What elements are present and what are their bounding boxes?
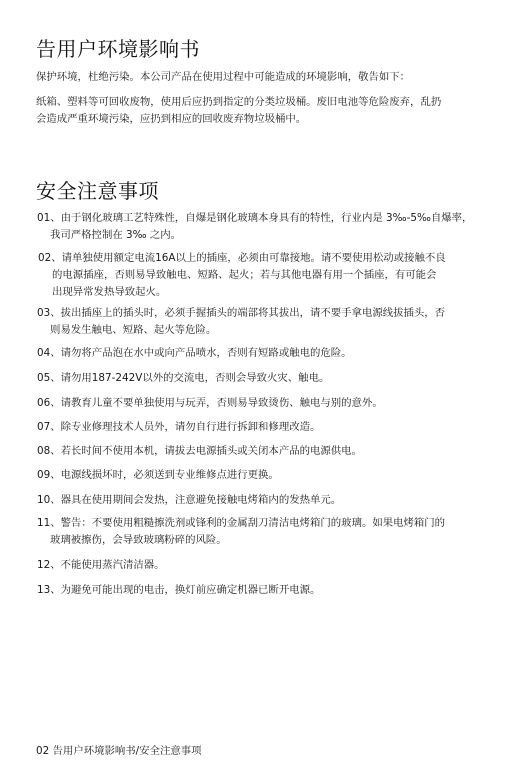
item-text: 警告：不要使用粗糙擦洗剂或锋利的金属刮刀清洁电烤箱门的玻璃。如果电烤箱门的 [61,517,445,529]
item-text: 由于钢化玻璃工艺特殊性，自爆是钢化玻璃本身具有的特性，行业内是 3‰-5‰自爆率… [61,212,473,224]
safety-item-06: 06、请教育儿童不要单独使用与玩弄，否则易导致烫伤、触电与别的意外。 [37,395,383,412]
env-section-title: 告用户环境影响书 [36,33,200,62]
item-number: 07、 [37,421,61,433]
item-number: 10、 [37,494,61,506]
item-text: 则易发生触电、短路、起火等危险。 [37,322,445,339]
item-number: 11、 [37,517,61,529]
manual-page: 告用户环境影响书 保护环境，杜绝污染。本公司产品在使用过程中可能造成的环境影响，… [0,0,514,783]
item-number: 03、 [37,307,61,319]
item-text: 为避免可能出现的电击，换灯前应确定机器已断开电源。 [61,584,321,596]
item-text: 拔出插座上的插头时，必须手握插头的端部将其拔出，请不要手拿电源线拔插头，否 [61,307,445,319]
item-number: 08、 [37,445,61,457]
item-text: 请勿用187-242V以外的交流电，否则会导致火灾、触电。 [61,372,330,384]
footer-text: 告用户环境影响书/安全注意事项 [53,745,202,757]
safety-item-02: 02、请单独使用额定电流16A以上的插座，必须由可靠接地。请不要使用松动或接触不… [38,250,446,301]
item-number: 09、 [37,469,61,481]
safety-item-04: 04、请勿将产品泡在水中或向产品喷水，否则有短路或触电的危险。 [37,345,352,362]
item-number: 01、 [37,212,61,224]
env-body: 纸箱、塑料等可回收废物，使用后应扔到指定的分类垃圾桶。废旧电池等危险废弃，乱扔 … [36,94,441,128]
safety-item-08: 08、若长时间不使用本机，请拔去电源插头或关闭本产品的电源供电。 [37,443,362,460]
item-text: 电源线损坏时，必须送到专业维修点进行更换。 [61,469,279,481]
safety-item-10: 10、器具在使用期间会发热，注意避免接触电烤箱内的发热单元。 [37,492,341,509]
item-text: 我司严格控制在 3‰ 之内。 [37,227,472,244]
safety-item-11: 11、警告：不要使用粗糙擦洗剂或锋利的金属刮刀清洁电烤箱门的玻璃。如果电烤箱门的… [37,515,445,549]
env-body-line: 纸箱、塑料等可回收废物，使用后应扔到指定的分类垃圾桶。废旧电池等危险废弃，乱扔 [36,94,441,111]
item-text: 请教育儿童不要单独使用与玩弄，否则易导致烫伤、触电与别的意外。 [61,397,383,409]
item-text: 器具在使用期间会发热，注意避免接触电烤箱内的发热单元。 [61,494,342,506]
page-footer: 02 告用户环境影响书/安全注意事项 [36,742,202,757]
safety-item-07: 07、除专业修理技术人员外，请勿自行进行拆卸和修理改造。 [37,419,320,436]
env-body-line: 会造成严重环境污染，应扔到相应的回收废弃物垃圾桶中。 [36,111,441,128]
env-intro: 保护环境，杜绝污染。本公司产品在使用过程中可能造成的环境影响，敬告如下： [36,69,410,86]
item-text: 请勿将产品泡在水中或向产品喷水，否则有短路或触电的危险。 [61,347,352,359]
item-number: 06、 [37,397,61,409]
item-number: 04、 [37,347,61,359]
item-number: 02、 [38,252,62,264]
page-number: 02 [36,745,49,757]
item-number: 13、 [37,584,61,596]
item-number: 12、 [37,559,61,571]
safety-item-12: 12、不能使用蒸汽清洁器。 [37,557,165,574]
item-text: 玻璃被擦伤，会导致玻璃粉碎的风险。 [37,532,445,549]
item-text: 出现异常发热导致起火。 [38,284,446,301]
safety-item-05: 05、请勿用187-242V以外的交流电，否则会导致火灾、触电。 [37,370,329,387]
item-text: 若长时间不使用本机，请拔去电源插头或关闭本产品的电源供电。 [61,445,362,457]
item-text: 请单独使用额定电流16A以上的插座，必须由可靠接地。请不要使用松动或接触不良 [62,252,446,264]
item-text: 不能使用蒸汽清洁器。 [61,559,165,571]
safety-item-03: 03、拔出插座上的插头时，必须手握插头的端部将其拔出，请不要手拿电源线拔插头，否… [37,305,445,339]
item-number: 05、 [37,372,61,384]
item-text: 除专业修理技术人员外，请勿自行进行拆卸和修理改造。 [61,421,321,433]
safety-section-title: 安全注意事项 [36,175,159,204]
safety-item-01: 01、由于钢化玻璃工艺特殊性，自爆是钢化玻璃本身具有的特性，行业内是 3‰-5‰… [37,210,472,244]
safety-item-13: 13、为避免可能出现的电击，换灯前应确定机器已断开电源。 [37,582,320,599]
safety-item-09: 09、电源线损坏时，必须送到专业维修点进行更换。 [37,467,279,484]
item-text: 的电源插座，否则易导致触电、短路、起火；若与其他电器有用一个插座，有可能会 [38,267,446,284]
